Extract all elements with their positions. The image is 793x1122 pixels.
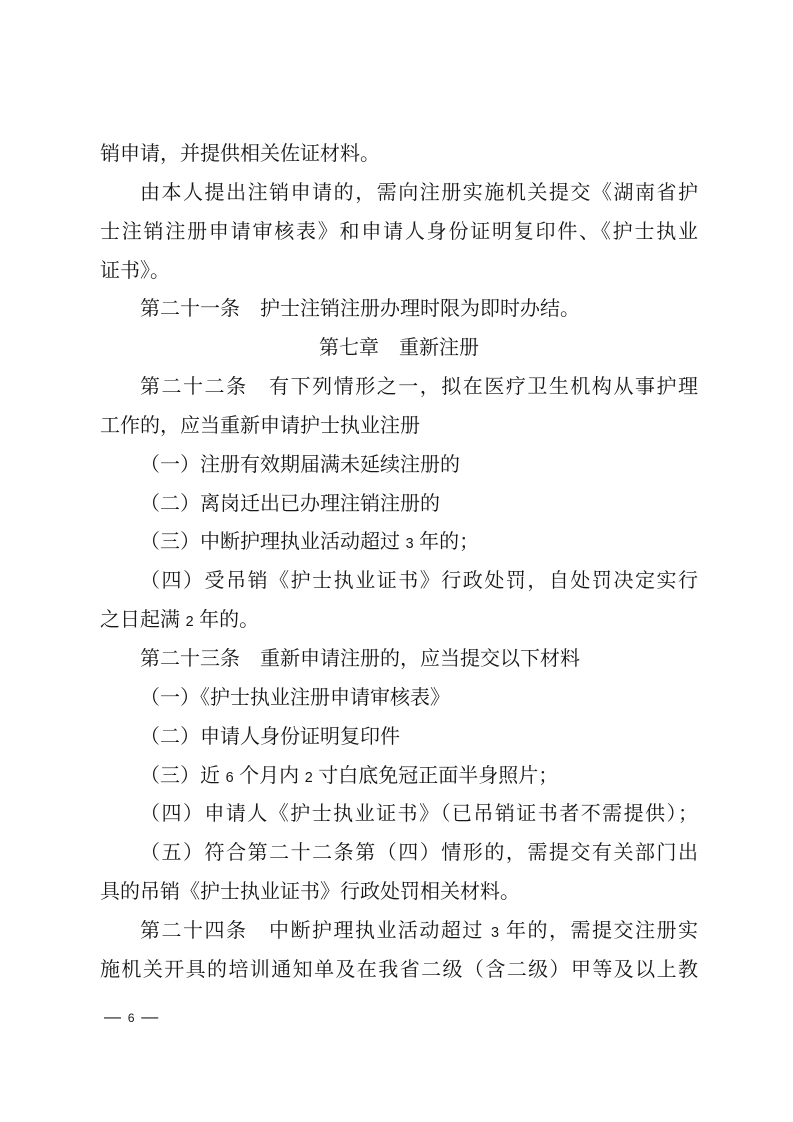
text-line: （一）《护士执业注册申请审核表》: [100, 679, 698, 718]
text-line: （三）中断护理执业活动超过 3 年的；: [100, 523, 698, 562]
text-line: 由本人提出注销申请的，需向注册实施机关提交《湖南省护: [100, 174, 698, 213]
text-line: （二）申请人身份证明复印件: [100, 718, 698, 757]
text-line: （一）注册有效期届满未延续注册的: [100, 446, 698, 485]
text-line: （三）近 6 个月内 2 寸白底免冠正面半身照片；: [100, 757, 698, 796]
text-line: 第二十三条 重新申请注册的，应当提交以下材料: [100, 640, 698, 679]
numeral: 3: [406, 536, 414, 552]
text-line: （二）离岗迁出已办理注销注册的: [100, 485, 698, 524]
text-line: 第二十四条 中断护理执业活动超过 3 年的，需提交注册实: [100, 912, 698, 951]
text-line: 工作的，应当重新申请护士执业注册: [100, 407, 698, 446]
numeral: 2: [186, 614, 194, 630]
numeral: 6: [128, 1011, 136, 1025]
text-line: 具的吊销《护士执业证书》行政处罚相关材料。: [100, 873, 698, 912]
numeral: 6: [226, 770, 234, 786]
text-line: 第二十二条 有下列情形之一，拟在医疗卫生机构从事护理: [100, 368, 698, 407]
text-line: 第二十一条 护士注销注册办理时限为即时办结。: [100, 290, 698, 329]
text-line: 销申请，并提供相关佐证材料。: [100, 135, 698, 174]
text-line: 之日起满 2 年的。: [100, 601, 698, 640]
text-line: 证书》。: [100, 252, 698, 291]
text-line: （四）受吊销《护士执业证书》行政处罚，自处罚决定实行: [100, 562, 698, 601]
document-body: 销申请，并提供相关佐证材料。由本人提出注销申请的，需向注册实施机关提交《湖南省护…: [100, 135, 698, 990]
numeral: 3: [491, 925, 499, 941]
text-line: （五）符合第二十二条第（四）情形的，需提交有关部门出: [100, 834, 698, 873]
text-line: （四）申请人《护士执业证书》（已吊销证书者不需提供）；: [100, 795, 698, 834]
text-line: 施机关开具的培训通知单及在我省二级（含二级）甲等及以上教: [100, 951, 698, 990]
page-number: — 6 —: [104, 1005, 159, 1029]
chapter-heading: 第七章 重新注册: [100, 329, 698, 368]
text-line: 士注销注册申请审核表》和申请人身份证明复印件、《护士执业: [100, 213, 698, 252]
document-page: 销申请，并提供相关佐证材料。由本人提出注销申请的，需向注册实施机关提交《湖南省护…: [0, 0, 793, 1122]
numeral: 2: [305, 770, 313, 786]
